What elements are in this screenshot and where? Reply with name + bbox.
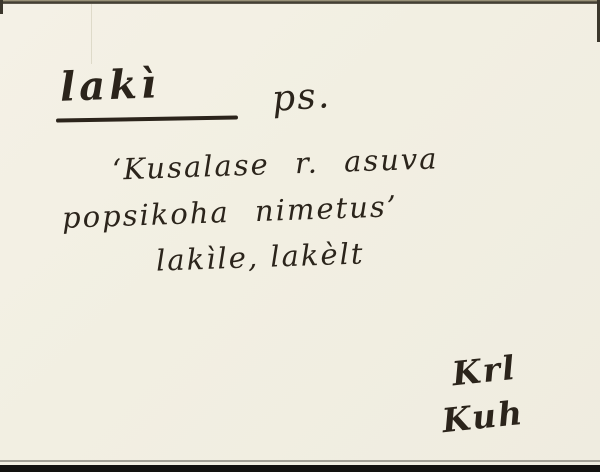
quote-line-2: popsikoha nimetus’ <box>62 192 399 233</box>
card-crease <box>91 4 92 64</box>
inflected-forms: lakìle, lakèlt <box>156 239 365 275</box>
signature-line-2: Kuh <box>440 396 525 437</box>
scan-edge-bottom-band <box>0 465 600 472</box>
scan-edge-top <box>0 0 600 4</box>
scan-edge-top-left <box>0 0 3 14</box>
headword: lakì <box>59 64 160 107</box>
part-of-speech-label: ps. <box>271 78 332 118</box>
scan-edge-bottom-line <box>0 460 600 462</box>
scanned-card: lakì ps. ‘Kusalase r. asuva popsikoha ni… <box>0 0 600 472</box>
quote-line-1: ‘Kusalase r. asuva <box>112 144 439 184</box>
signature-line-1: Krl <box>450 351 518 391</box>
headword-underline <box>56 115 238 122</box>
